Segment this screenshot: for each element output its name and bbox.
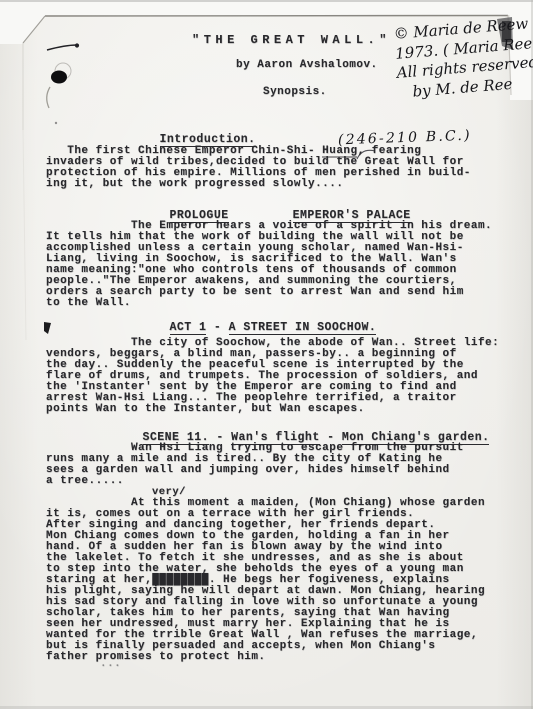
text-line: points Wan to the Instanter, but Wan esc… xyxy=(46,404,499,415)
margin-ink-mark xyxy=(44,322,51,334)
text-line: a tree..... xyxy=(46,476,464,487)
speck-mark xyxy=(55,122,57,124)
heading-act1-separator: - xyxy=(206,321,228,334)
page-edge-top xyxy=(45,16,508,17)
page-edge-corner xyxy=(23,16,45,43)
document-byline: by Aaron Avshalomov. xyxy=(236,60,378,71)
paragraph-scene11-garden: At this moment a maiden, (Mon Chiang) wh… xyxy=(46,498,485,663)
scanner-edge-top xyxy=(0,0,533,2)
heading-act1-label: ACT 1 xyxy=(170,322,207,335)
paragraph-introduction: The first Chinese Emperor Chin-Shi- Huan… xyxy=(46,146,471,190)
pencil-paren-mark xyxy=(47,87,50,108)
typed-insertion-very: very/ xyxy=(152,487,186,498)
page-margin-top xyxy=(0,0,533,15)
pen-stroke-dot xyxy=(75,43,79,47)
insertion-mark-terrible: ’ xyxy=(155,621,162,632)
paragraph-scene11-flight: Wan Hsi Liang trying to escape from the … xyxy=(46,443,464,487)
heading-act1-location: A STREET IN SOOCHOW. xyxy=(229,322,377,335)
ink-blot xyxy=(51,71,67,84)
pen-stroke-mark xyxy=(47,45,77,50)
document-title: "THE GREAT WALL." xyxy=(192,35,391,46)
text-line: ing it, but the work progressed slowly..… xyxy=(46,179,471,190)
page-corner-cut xyxy=(0,0,46,44)
synopsis-label: Synopsis. xyxy=(263,87,327,98)
handwritten-copyright-note: © Maria de Reew1973. ( Maria ReewAll rig… xyxy=(393,12,533,103)
paragraph-prologue: The Emperor hears a voice of a spirit in… xyxy=(46,221,492,309)
ink-blot-halo xyxy=(55,63,71,79)
paragraph-act1: The city of Soochow, the abode of Wan.. … xyxy=(46,338,499,415)
page-edge-left-faint xyxy=(23,130,26,340)
text-line: to the Wall. xyxy=(46,298,492,309)
scanned-document-page: "THE GREAT WALL." by Aaron Avshalomov. S… xyxy=(0,0,533,709)
faint-dots: ... xyxy=(100,659,121,670)
